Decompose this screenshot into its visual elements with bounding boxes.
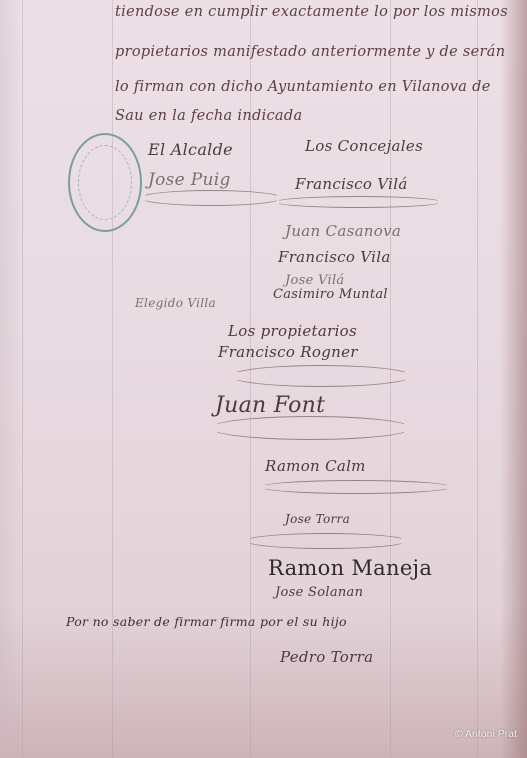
document-page: tiendose en cumplir exactamente lo por l… bbox=[0, 0, 527, 758]
fold-line bbox=[477, 0, 478, 758]
propietario-signature: Jose Solanan bbox=[275, 585, 363, 600]
alcalde-title: El Alcalde bbox=[148, 140, 233, 159]
closing-line: Por no saber de firmar firma por el su h… bbox=[66, 614, 347, 629]
signature-flourish bbox=[140, 190, 282, 206]
closing-signature: Pedro Torra bbox=[280, 648, 373, 666]
body-line: tiendose en cumplir exactamente lo por l… bbox=[115, 4, 508, 20]
propietario-signature: Francisco Rogner bbox=[218, 343, 358, 361]
propietarios-title: Los propietarios bbox=[228, 322, 357, 340]
margin-note: Elegido Villa bbox=[135, 296, 216, 310]
concejal-signature: Jose Vilá bbox=[285, 273, 344, 288]
concejal-signature: Casimiro Muntal bbox=[273, 287, 388, 302]
seal-inner-ring bbox=[78, 145, 132, 220]
concejal-signature: Francisco Vila bbox=[278, 248, 391, 266]
concejal-signature: Francisco Vilá bbox=[295, 175, 408, 193]
fold-line bbox=[112, 0, 113, 758]
body-line: Sau en la fecha indicada bbox=[115, 108, 302, 124]
propietario-signature: Juan Font bbox=[215, 393, 325, 418]
signature-flourish bbox=[210, 416, 412, 440]
concejal-signature: Juan Casanova bbox=[285, 222, 401, 240]
body-line: lo firman con dicho Ayuntamiento en Vila… bbox=[115, 79, 491, 95]
propietario-signature: Ramon Maneja bbox=[268, 556, 432, 580]
signature-flourish bbox=[245, 533, 407, 549]
body-line: propietarios manifestado anteriormente y… bbox=[115, 44, 505, 60]
signature-flourish bbox=[230, 365, 412, 387]
signature-flourish bbox=[275, 196, 442, 208]
fold-line bbox=[22, 0, 23, 758]
copyright-watermark: © Antoni Prat bbox=[455, 728, 517, 740]
official-seal-icon bbox=[68, 133, 142, 232]
propietario-signature: Ramon Calm bbox=[265, 457, 366, 475]
concejales-title: Los Concejales bbox=[305, 137, 423, 155]
alcalde-signature: Jose Puig bbox=[148, 170, 231, 190]
propietario-signature: Jose Torra bbox=[285, 512, 350, 526]
signature-flourish bbox=[260, 480, 452, 494]
